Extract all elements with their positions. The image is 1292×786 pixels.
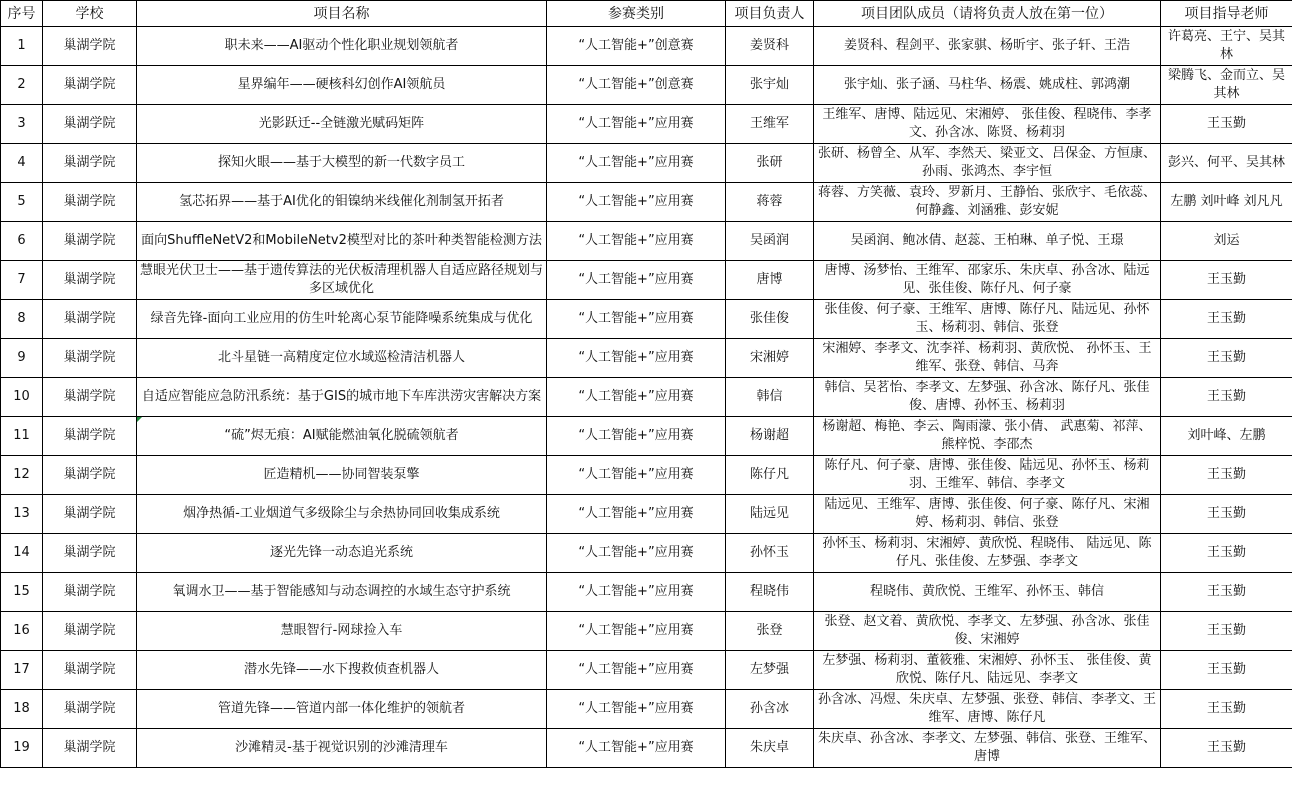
table-row: 11巢湖学院“硫”烬无痕：AI赋能燃油氧化脱硫领航者“人工智能+”应用赛杨谢超杨…: [1, 417, 1292, 456]
cell-title[interactable]: 慧眼光伏卫士——基于遗传算法的光伏板清理机器人自适应路径规划与多区域优化: [137, 261, 547, 300]
header-leader[interactable]: 项目负责人: [726, 1, 814, 27]
header-title[interactable]: 项目名称: [137, 1, 547, 27]
cell-category[interactable]: “人工智能+”应用赛: [547, 534, 726, 573]
table-row: 7巢湖学院慧眼光伏卫士——基于遗传算法的光伏板清理机器人自适应路径规划与多区域优…: [1, 261, 1292, 300]
cell-school[interactable]: 巢湖学院: [43, 183, 137, 222]
table-row: 14巢湖学院逐光先锋一动态追光系统“人工智能+”应用赛孙怀玉孙怀玉、杨莉羽、宋湘…: [1, 534, 1292, 573]
cell-title[interactable]: 氧调水卫——基于智能感知与动态调控的水域生态守护系统: [137, 573, 547, 612]
cell-leader[interactable]: 孙怀玉: [726, 534, 814, 573]
cell-leader[interactable]: 朱庆卓: [726, 729, 814, 768]
cell-leader[interactable]: 吴函润: [726, 222, 814, 261]
cell-category[interactable]: “人工智能+”应用赛: [547, 456, 726, 495]
cell-advisor[interactable]: 彭兴、何平、吴其林: [1161, 144, 1292, 183]
cell-category[interactable]: “人工智能+”应用赛: [547, 651, 726, 690]
cell-members[interactable]: 张登、赵文着、黄欣悦、李孝文、左梦强、孙含冰、张佳俊、宋湘婷: [814, 612, 1161, 651]
table-row: 16巢湖学院慧眼智行-网球捡入车“人工智能+”应用赛张登张登、赵文着、黄欣悦、李…: [1, 612, 1292, 651]
cell-category[interactable]: “人工智能+”应用赛: [547, 573, 726, 612]
cell-advisor[interactable]: 王玉勤: [1161, 261, 1292, 300]
cell-members[interactable]: 韩信、吴茗怡、李孝文、左梦强、孙含冰、陈仔凡、张佳俊、唐博、孙怀玉、杨莉羽: [814, 378, 1161, 417]
cell-title[interactable]: 匠造精机——协同智装泵擎: [137, 456, 547, 495]
cell-advisor[interactable]: 王玉勤: [1161, 339, 1292, 378]
cell-members[interactable]: 蒋蓉、方笑薇、袁玲、罗新月、王静怡、张欣宇、毛依蕊、何静鑫、刘涵雅、彭安妮: [814, 183, 1161, 222]
cell-title[interactable]: 沙滩精灵-基于视觉识别的沙滩清理车: [137, 729, 547, 768]
cell-school[interactable]: 巢湖学院: [43, 378, 137, 417]
table-row: 15巢湖学院氧调水卫——基于智能感知与动态调控的水域生态守护系统“人工智能+”应…: [1, 573, 1292, 612]
cell-seq[interactable]: 4: [1, 144, 43, 183]
cell-seq[interactable]: 16: [1, 612, 43, 651]
cell-category[interactable]: “人工智能+”应用赛: [547, 222, 726, 261]
cell-seq[interactable]: 13: [1, 495, 43, 534]
cell-members[interactable]: 孙含冰、冯煜、朱庆卓、左梦强、张登、韩信、李孝文、王维军、唐博、陈仔凡: [814, 690, 1161, 729]
cell-advisor[interactable]: 左鹏 刘叶峰 刘凡凡: [1161, 183, 1292, 222]
cell-advisor[interactable]: 王玉勤: [1161, 651, 1292, 690]
cell-title[interactable]: 光影跃迁--全链激光赋码矩阵: [137, 105, 547, 144]
cell-leader[interactable]: 张研: [726, 144, 814, 183]
cell-school[interactable]: 巢湖学院: [43, 690, 137, 729]
cell-seq[interactable]: 14: [1, 534, 43, 573]
cell-seq[interactable]: 19: [1, 729, 43, 768]
cell-title[interactable]: 潜水先锋——水下搜救侦查机器人: [137, 651, 547, 690]
cell-category[interactable]: “人工智能+”应用赛: [547, 144, 726, 183]
cell-leader[interactable]: 陈仔凡: [726, 456, 814, 495]
cell-school[interactable]: 巢湖学院: [43, 261, 137, 300]
cell-advisor[interactable]: 王玉勤: [1161, 690, 1292, 729]
cell-school[interactable]: 巢湖学院: [43, 456, 137, 495]
cell-advisor[interactable]: 王玉勤: [1161, 495, 1292, 534]
cell-school[interactable]: 巢湖学院: [43, 66, 137, 105]
cell-members[interactable]: 吴函润、鲍冰倩、赵蕊、王柏琳、单子悦、王璟: [814, 222, 1161, 261]
cell-members[interactable]: 杨谢超、梅艳、李云、陶雨濛、张小倩、 武惠菊、祁萍、熊梓悦、李邵杰: [814, 417, 1161, 456]
table-row: 13巢湖学院烟净热循-工业烟道气多级除尘与余热协同回收集成系统“人工智能+”应用…: [1, 495, 1292, 534]
cell-title[interactable]: 探知火眼——基于大模型的新一代数字员工: [137, 144, 547, 183]
cell-leader[interactable]: 蒋蓉: [726, 183, 814, 222]
cell-leader[interactable]: 孙含冰: [726, 690, 814, 729]
cell-school[interactable]: 巢湖学院: [43, 417, 137, 456]
cell-seq[interactable]: 6: [1, 222, 43, 261]
cell-category[interactable]: “人工智能+”应用赛: [547, 378, 726, 417]
cell-seq[interactable]: 15: [1, 573, 43, 612]
cell-leader[interactable]: 杨谢超: [726, 417, 814, 456]
cell-leader[interactable]: 陆远见: [726, 495, 814, 534]
cell-advisor[interactable]: 王玉勤: [1161, 456, 1292, 495]
cell-seq[interactable]: 1: [1, 27, 43, 66]
table-body: 1巢湖学院职未来——AI驱动个性化职业规划领航者“人工智能+”创意赛姜贤科姜贤科…: [1, 27, 1292, 768]
cell-members[interactable]: 陆远见、王维军、唐博、张佳俊、何子豪、陈仔凡、宋湘婷、杨莉羽、韩信、张登: [814, 495, 1161, 534]
cell-members[interactable]: 王维军、唐博、陆远见、宋湘婷、 张佳俊、程晓伟、李孝文、孙含冰、陈贤、杨莉羽: [814, 105, 1161, 144]
cell-school[interactable]: 巢湖学院: [43, 300, 137, 339]
cell-school[interactable]: 巢湖学院: [43, 651, 137, 690]
cell-advisor[interactable]: 梁腾飞、金而立、吴其林: [1161, 66, 1292, 105]
cell-school[interactable]: 巢湖学院: [43, 534, 137, 573]
cell-category[interactable]: “人工智能+”应用赛: [547, 690, 726, 729]
cell-leader[interactable]: 程晓伟: [726, 573, 814, 612]
cell-category[interactable]: “人工智能+”创意赛: [547, 66, 726, 105]
cell-title[interactable]: 逐光先锋一动态追光系统: [137, 534, 547, 573]
cell-category[interactable]: “人工智能+”应用赛: [547, 339, 726, 378]
cell-seq[interactable]: 7: [1, 261, 43, 300]
cell-seq[interactable]: 12: [1, 456, 43, 495]
table-row: 18巢湖学院管道先锋——管道内部一体化维护的领航者“人工智能+”应用赛孙含冰孙含…: [1, 690, 1292, 729]
cell-title[interactable]: 绿音先锋-面向工业应用的仿生叶轮离心泵节能降噪系统集成与优化: [137, 300, 547, 339]
cell-seq[interactable]: 18: [1, 690, 43, 729]
cell-school[interactable]: 巢湖学院: [43, 612, 137, 651]
cell-seq[interactable]: 17: [1, 651, 43, 690]
header-advisor[interactable]: 项目指导老师: [1161, 1, 1292, 27]
table-row: 10巢湖学院自适应智能应急防汛系统：基于GIS的城市地下车库洪涝灾害解决方案“人…: [1, 378, 1292, 417]
cell-title[interactable]: 星界编年——硬核科幻创作AI领航员: [137, 66, 547, 105]
cell-category[interactable]: “人工智能+”应用赛: [547, 612, 726, 651]
cell-members[interactable]: 朱庆卓、孙含冰、李孝文、左梦强、韩信、张登、王维军、唐博: [814, 729, 1161, 768]
cell-title[interactable]: 职未来——AI驱动个性化职业规划领航者: [137, 27, 547, 66]
cell-school[interactable]: 巢湖学院: [43, 144, 137, 183]
table-row: 2巢湖学院星界编年——硬核科幻创作AI领航员“人工智能+”创意赛张宇灿张宇灿、张…: [1, 66, 1292, 105]
cell-leader[interactable]: 张佳俊: [726, 300, 814, 339]
cell-category[interactable]: “人工智能+”应用赛: [547, 729, 726, 768]
cell-category[interactable]: “人工智能+”应用赛: [547, 105, 726, 144]
cell-title[interactable]: 烟净热循-工业烟道气多级除尘与余热协同回收集成系统: [137, 495, 547, 534]
cell-advisor[interactable]: 王玉勤: [1161, 534, 1292, 573]
cell-seq[interactable]: 11: [1, 417, 43, 456]
table-row: 9巢湖学院北斗星链一高精度定位水域巡检清洁机器人“人工智能+”应用赛宋湘婷宋湘婷…: [1, 339, 1292, 378]
cell-advisor[interactable]: 王玉勤: [1161, 105, 1292, 144]
table-row: 6巢湖学院面向ShuffleNetV2和MobileNetv2模型对比的茶叶种类…: [1, 222, 1292, 261]
cell-seq[interactable]: 3: [1, 105, 43, 144]
cell-title[interactable]: 自适应智能应急防汛系统：基于GIS的城市地下车库洪涝灾害解决方案: [137, 378, 547, 417]
cell-category[interactable]: “人工智能+”创意赛: [547, 27, 726, 66]
cell-title[interactable]: 氢芯拓界——基于AI优化的钼镍纳米线催化剂制氢开拓者: [137, 183, 547, 222]
table-row: 3巢湖学院光影跃迁--全链激光赋码矩阵“人工智能+”应用赛王维军王维军、唐博、陆…: [1, 105, 1292, 144]
cell-title[interactable]: 慧眼智行-网球捡入车: [137, 612, 547, 651]
cell-advisor[interactable]: 王玉勤: [1161, 300, 1292, 339]
table-header: 序号 学校 项目名称 参赛类别 项目负责人 项目团队成员（请将负责人放在第一位）…: [1, 1, 1292, 27]
cell-leader[interactable]: 左梦强: [726, 651, 814, 690]
cell-members[interactable]: 孙怀玉、杨莉羽、宋湘婷、黄欣悦、程晓伟、 陆远见、陈仔凡、张佳俊、左梦强、李孝文: [814, 534, 1161, 573]
cell-leader[interactable]: 张宇灿: [726, 66, 814, 105]
cell-school[interactable]: 巢湖学院: [43, 495, 137, 534]
cell-leader[interactable]: 唐博: [726, 261, 814, 300]
cell-seq[interactable]: 10: [1, 378, 43, 417]
cell-school[interactable]: 巢湖学院: [43, 729, 137, 768]
header-school[interactable]: 学校: [43, 1, 137, 27]
cell-seq[interactable]: 9: [1, 339, 43, 378]
table-row: 1巢湖学院职未来——AI驱动个性化职业规划领航者“人工智能+”创意赛姜贤科姜贤科…: [1, 27, 1292, 66]
cell-members[interactable]: 左梦强、杨莉羽、董筱雅、宋湘婷、孙怀玉、 张佳俊、黄欣悦、陈仔凡、陆远见、李孝文: [814, 651, 1161, 690]
cell-title[interactable]: 北斗星链一高精度定位水域巡检清洁机器人: [137, 339, 547, 378]
cell-category[interactable]: “人工智能+”应用赛: [547, 495, 726, 534]
cell-advisor[interactable]: 王玉勤: [1161, 612, 1292, 651]
cell-category[interactable]: “人工智能+”应用赛: [547, 300, 726, 339]
cell-title[interactable]: 面向ShuffleNetV2和MobileNetv2模型对比的茶叶种类智能检测方…: [137, 222, 547, 261]
cell-advisor[interactable]: 王玉勤: [1161, 573, 1292, 612]
cell-leader[interactable]: 韩信: [726, 378, 814, 417]
cell-category[interactable]: “人工智能+”应用赛: [547, 183, 726, 222]
table-row: 12巢湖学院匠造精机——协同智装泵擎“人工智能+”应用赛陈仔凡陈仔凡、何子豪、唐…: [1, 456, 1292, 495]
cell-members[interactable]: 张佳俊、何子豪、王维军、唐博、陈仔凡、陆远见、孙怀玉、杨莉羽、韩信、张登: [814, 300, 1161, 339]
cell-school[interactable]: 巢湖学院: [43, 27, 137, 66]
cell-seq[interactable]: 5: [1, 183, 43, 222]
project-table: 序号 学校 项目名称 参赛类别 项目负责人 项目团队成员（请将负责人放在第一位）…: [0, 0, 1292, 768]
cell-advisor[interactable]: 许葛亮、王宁、吴其林: [1161, 27, 1292, 66]
cell-members[interactable]: 唐博、汤梦怡、王维军、邵家乐、朱庆卓、孙含冰、陆远见、张佳俊、陈仔凡、何子豪: [814, 261, 1161, 300]
header-category[interactable]: 参赛类别: [547, 1, 726, 27]
cell-seq[interactable]: 8: [1, 300, 43, 339]
cell-title[interactable]: 管道先锋——管道内部一体化维护的领航者: [137, 690, 547, 729]
header-seq[interactable]: 序号: [1, 1, 43, 27]
cell-school[interactable]: 巢湖学院: [43, 105, 137, 144]
cell-members[interactable]: 张研、杨曾全、从军、李然天、梁亚文、吕保金、方恒康、孙雨、张鸿杰、李宇恒: [814, 144, 1161, 183]
cell-category[interactable]: “人工智能+”应用赛: [547, 417, 726, 456]
cell-leader[interactable]: 王维军: [726, 105, 814, 144]
table-row: 4巢湖学院探知火眼——基于大模型的新一代数字员工“人工智能+”应用赛张研张研、杨…: [1, 144, 1292, 183]
table-row: 19巢湖学院沙滩精灵-基于视觉识别的沙滩清理车“人工智能+”应用赛朱庆卓朱庆卓、…: [1, 729, 1292, 768]
cell-members[interactable]: 陈仔凡、何子豪、唐博、张佳俊、陆远见、孙怀玉、杨莉羽、王维军、韩信、李孝文: [814, 456, 1161, 495]
cell-leader[interactable]: 张登: [726, 612, 814, 651]
header-row: 序号 学校 项目名称 参赛类别 项目负责人 项目团队成员（请将负责人放在第一位）…: [1, 1, 1292, 27]
cell-school[interactable]: 巢湖学院: [43, 573, 137, 612]
cell-leader[interactable]: 姜贤科: [726, 27, 814, 66]
cell-members[interactable]: 张宇灿、张子涵、马柱华、杨震、姚成柱、郭鸿潮: [814, 66, 1161, 105]
cell-advisor[interactable]: 王玉勤: [1161, 729, 1292, 768]
table-row: 17巢湖学院潜水先锋——水下搜救侦查机器人“人工智能+”应用赛左梦强左梦强、杨莉…: [1, 651, 1292, 690]
cell-advisor[interactable]: 王玉勤: [1161, 378, 1292, 417]
cell-category[interactable]: “人工智能+”应用赛: [547, 261, 726, 300]
table-row: 8巢湖学院绿音先锋-面向工业应用的仿生叶轮离心泵节能降噪系统集成与优化“人工智能…: [1, 300, 1292, 339]
table-row: 5巢湖学院氢芯拓界——基于AI优化的钼镍纳米线催化剂制氢开拓者“人工智能+”应用…: [1, 183, 1292, 222]
cell-members[interactable]: 程晓伟、黄欣悦、王维军、孙怀玉、韩信: [814, 573, 1161, 612]
cell-members[interactable]: 姜贤科、程剑平、张家骐、杨昕宇、张子轩、王浩: [814, 27, 1161, 66]
cell-title[interactable]: “硫”烬无痕：AI赋能燃油氧化脱硫领航者: [137, 417, 547, 456]
cell-school[interactable]: 巢湖学院: [43, 222, 137, 261]
cell-seq[interactable]: 2: [1, 66, 43, 105]
header-members[interactable]: 项目团队成员（请将负责人放在第一位）: [814, 1, 1161, 27]
cell-leader[interactable]: 宋湘婷: [726, 339, 814, 378]
cell-school[interactable]: 巢湖学院: [43, 339, 137, 378]
cell-advisor[interactable]: 刘运: [1161, 222, 1292, 261]
cell-advisor[interactable]: 刘叶峰、左鹏: [1161, 417, 1292, 456]
cell-members[interactable]: 宋湘婷、李孝文、沈李祥、杨莉羽、黄欣悦、 孙怀玉、王维军、张登、韩信、马奔: [814, 339, 1161, 378]
